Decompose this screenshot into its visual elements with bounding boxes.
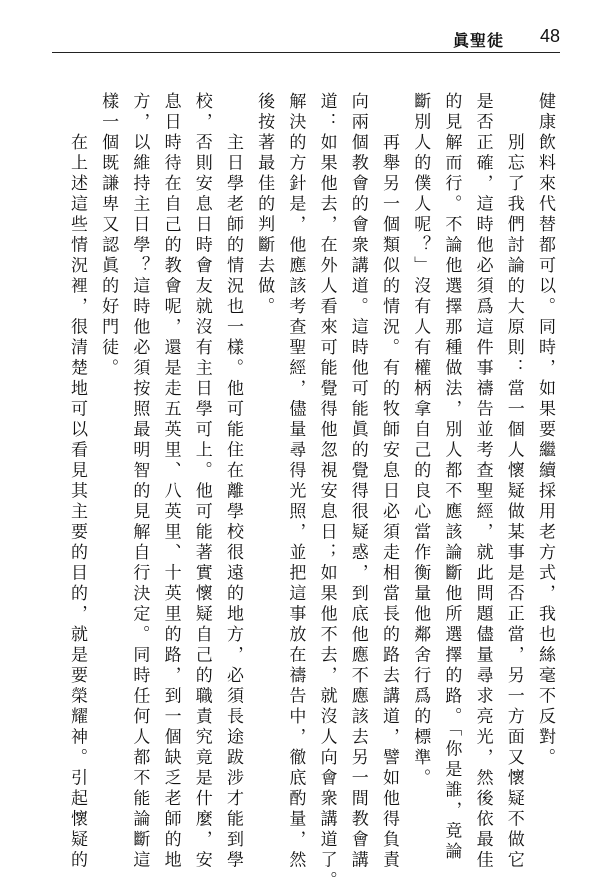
running-header: 眞聖徒 48	[52, 22, 560, 53]
text-column: 別忘了我們討論的大原則：當一個人懷疑做某事是否正當，另一方面又懷疑不做它	[498, 92, 529, 842]
text-column: 後按著最佳的判斷去做。	[248, 92, 279, 842]
text-column: 在上述這些情況裡，很清楚地可以看見其主要的目的，就是要榮耀神。引起懷疑的	[61, 92, 92, 842]
text-column: 主日學老師的情況也一樣。他可能住在離學校很遠的地方，必須長途跋涉才能到學	[217, 92, 248, 842]
text-column: 道：如果他去，在外人看來可能覺得他忽視安息日；如果他不去，就沒人向會衆講道了。	[310, 92, 341, 842]
text-column: 解決的方針是，他應該考查聖經，儘量尋得光照，並把這事放在禱告中，徹底酌量，然	[279, 92, 310, 842]
text-column: 健康飲料來代替都可以。同時，如果要繼續採用老方式，我也絲毫不反對。	[529, 92, 560, 842]
book-title: 眞聖徒	[453, 28, 504, 51]
text-column: 的見解而行。不論他選擇那種做法，別人都不應該論斷他所選擇的路。「你是誰，竟論	[435, 92, 466, 842]
text-column: 校，否則安息日時會友就沒有主日學可上。他可能著實懷疑自己的職責究竟是什麼，安	[186, 92, 217, 842]
text-column: 方，以維持主日學？這時他必須按照最明智的見解自行決定。同時任何人都不能論斷這	[123, 92, 154, 842]
text-column: 樣一個既謙卑又認眞的好門徒。	[92, 92, 123, 842]
text-column: 再舉另一個類似的情況。有的牧師安息日必須走相當長的路去講道，譬如他得負責	[373, 92, 404, 842]
text-column: 斷別人的僕人呢？」沒有人有權柄拿自己的良心當作衡量他鄰舍行爲的標準。	[404, 92, 435, 842]
text-column: 是否正確，這時他必須爲這件事禱告並考查聖經，就此問題儘量尋求亮光，然後依最佳	[466, 92, 497, 842]
page-number: 48	[540, 26, 560, 47]
vertical-text-body: 健康飲料來代替都可以。同時，如果要繼續採用老方式，我也絲毫不反對。 別忘了我們討…	[61, 92, 560, 842]
text-column: 息日時待在自己的教會呢，還是走五英里、八英里、十英里的路，到一個缺乏老師的地	[154, 92, 185, 842]
text-column: 向兩個教會的會衆講道。這時他可能眞的覺得很疑惑，到底他應不應該去另一間教會講	[342, 92, 373, 842]
